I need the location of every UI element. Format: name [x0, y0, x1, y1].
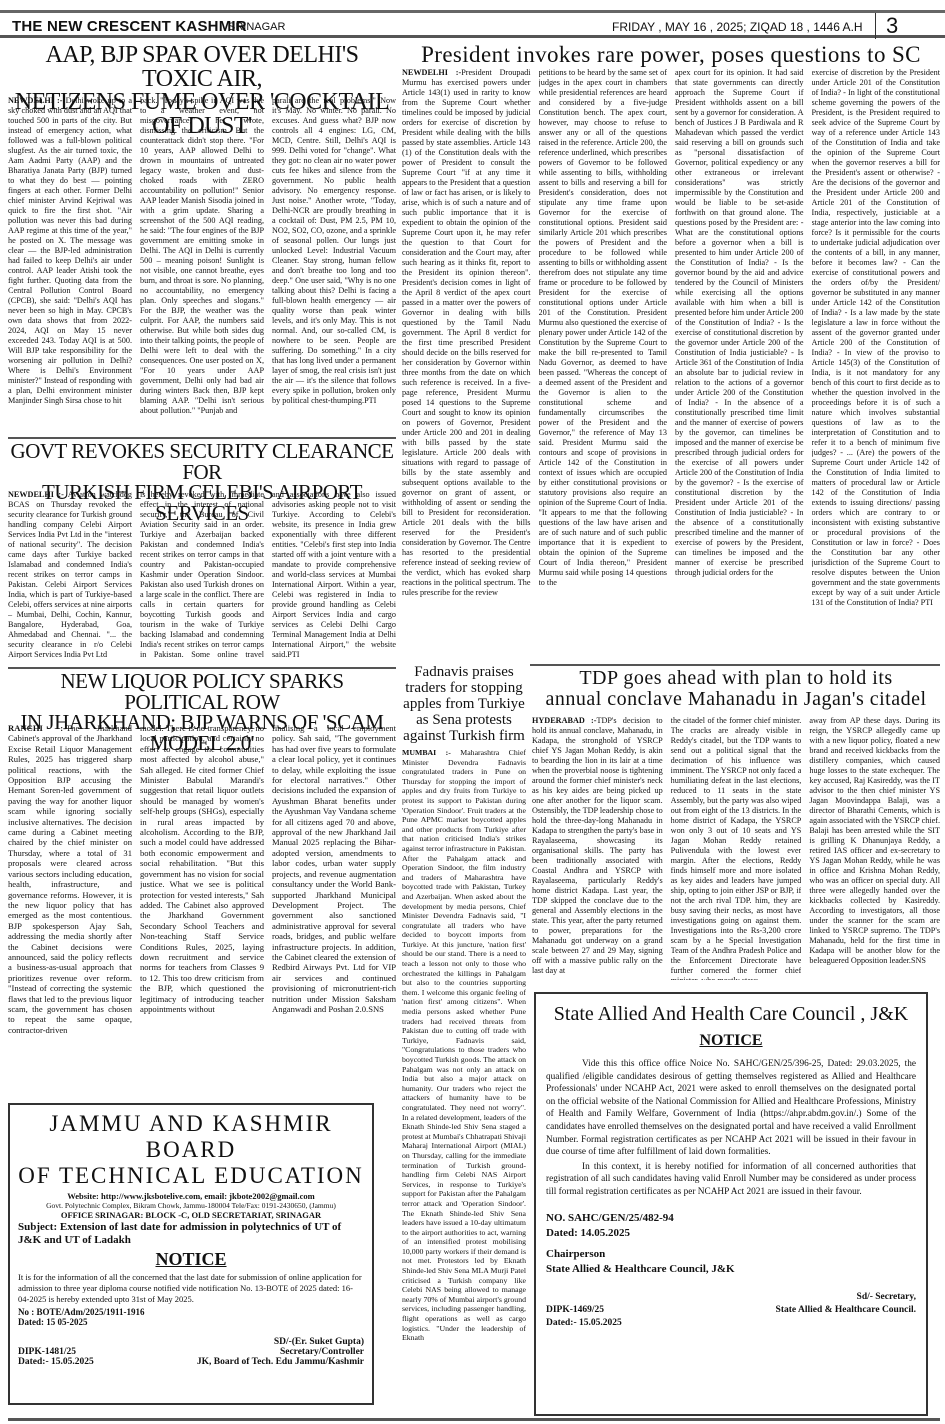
ad-body: It is for the information of all the con…	[18, 1272, 364, 1305]
ref-number: No : BOTE/Adm/2025/1911-1916	[18, 1307, 364, 1317]
article-column: apex court for its opinion. It had said …	[675, 68, 804, 642]
article-column: MUMBAI :- Maharashtra Chief Minister Dev…	[402, 748, 526, 1420]
article-column: and associations have also issued adviso…	[272, 490, 396, 658]
ad-website: Website: http://www.jksbotelive.com, ema…	[18, 1191, 364, 1201]
divider	[530, 664, 940, 666]
article-column: is hereby revoked with immediate effect …	[140, 490, 264, 658]
article-tdp: TDP goes ahead with plan to hold its ann…	[532, 668, 940, 984]
ad-sahc-notice: State Allied And Health Care Council , J…	[534, 992, 928, 1416]
ref-number: NO. SAHC/GEN/25/482-94	[546, 1211, 916, 1226]
dipk-date: Dated:- 15.05.2025	[546, 1317, 622, 1330]
article-liquor: NEW LIQUOR POLICY SPARKS POLITICAL ROW I…	[8, 671, 396, 1121]
chairperson-label: Chairperson	[546, 1247, 916, 1262]
headline: AAP, BJP SPAR OVER DELHI'S TOXIC AIR, NE…	[8, 44, 396, 92]
article-delhi-air: AAP, BJP SPAR OVER DELHI'S TOXIC AIR, NE…	[8, 44, 396, 438]
article-column: back. "Today's spike in AQI was due to a…	[140, 96, 264, 432]
article-column: exercise of discretion by the President …	[812, 68, 941, 642]
article-column: finalising a local employment policy. Sa…	[272, 723, 396, 1095]
article-column: petitions to be heard by the same set of…	[539, 68, 668, 642]
article-column: HYDERABAD :-TDP's decision to hold its a…	[532, 716, 663, 980]
notice-heading: NOTICE	[546, 1032, 916, 1050]
article-column: away from AP these days. During its reig…	[809, 716, 940, 980]
article-column: the citadel of the former chief minister…	[671, 716, 802, 980]
dipk-date: Dated:- 15.05.2025	[18, 1357, 94, 1367]
ad-title: JAMMU AND KASHMIR BOARD OF TECHNICAL EDU…	[18, 1111, 364, 1189]
article-president: President invokes rare power, poses ques…	[402, 44, 940, 644]
article-fadnavis: Fadnavis praises traders for stopping ap…	[402, 664, 526, 1424]
article-column: NEWDELHI :- Delhi woke up to a sky choke…	[8, 96, 132, 432]
bottom-rule	[8, 1418, 940, 1421]
headline: Fadnavis praises traders for stopping ap…	[402, 664, 526, 744]
ref-date: Dated: 14.05.2025	[546, 1226, 916, 1241]
ad-jkbote-notice: JAMMU AND KASHMIR BOARD OF TECHNICAL EDU…	[8, 1103, 374, 1405]
newspaper-title: THE NEW CRESCENT KASHMIR	[12, 18, 247, 35]
edition-city: SRINAGAR	[228, 21, 285, 33]
signatory-org: JK, Board of Tech. Edu Jammu/Kashmir	[197, 1357, 364, 1367]
chairperson-org: State Allied & Healthcare Council, J&K	[546, 1262, 916, 1277]
signatory-title: Sd/- Secretary,	[776, 1291, 916, 1304]
ad-para-1: Vide this this office office Noice No. S…	[546, 1058, 916, 1159]
ad-address: Govt. Polytechnic Complex, Bikram Chowk,…	[18, 1201, 364, 1210]
article-column: NEWDELHI :- Aviation watchdog BCAS on Th…	[8, 490, 132, 658]
signatory-title: Secretary/Controller	[197, 1347, 364, 1357]
masthead: THE NEW CRESCENT KASHMIR SRINAGAR FRIDAY…	[0, 10, 945, 38]
signatory-name: SD/-(Er. Suket Gupta)	[197, 1337, 364, 1347]
article-column: parali are the real problems." Now it's …	[272, 96, 396, 432]
notice-heading: NOTICE	[18, 1249, 364, 1270]
dipk-number: DIPK-1469/25	[546, 1304, 622, 1317]
ref-date: Dated: 15 05-2025	[18, 1317, 364, 1327]
headline: President invokes rare power, poses ques…	[402, 44, 940, 68]
page-number: 3	[875, 13, 935, 39]
ad-subject: Subject: Extension of last date for admi…	[18, 1221, 364, 1247]
headline: NEW LIQUOR POLICY SPARKS POLITICAL ROW I…	[8, 671, 396, 719]
article-column: model. There is no transparency, no loca…	[140, 723, 264, 1095]
article-column: RANCHI :-The Jharkhand Cabinet's approva…	[8, 723, 132, 1095]
signatory-org: State Allied & Healthcare Council.	[776, 1304, 916, 1317]
headline: GOVT REVOKES SECURITY CLEARANCE FOR TURK…	[8, 441, 396, 487]
issue-date: FRIDAY , MAY 16 , 2025; ZIQAD 18 , 1446 …	[612, 20, 863, 34]
article-celebi: GOVT REVOKES SECURITY CLEARANCE FOR TURK…	[8, 441, 396, 659]
headline: TDP goes ahead with plan to hold its ann…	[532, 668, 940, 710]
article-column: NEWDELHI :-President Droupadi Murmu has …	[402, 68, 531, 642]
ad-para-2: In this context, it is hereby notified f…	[546, 1161, 916, 1199]
dipk-number: DIPK-1481/25	[18, 1347, 94, 1357]
ad-title: State Allied And Health Care Council , J…	[546, 1002, 916, 1026]
ad-office: OFFICE SRINAGAR: BLOCK -C, OLD SECRETARI…	[18, 1210, 364, 1220]
